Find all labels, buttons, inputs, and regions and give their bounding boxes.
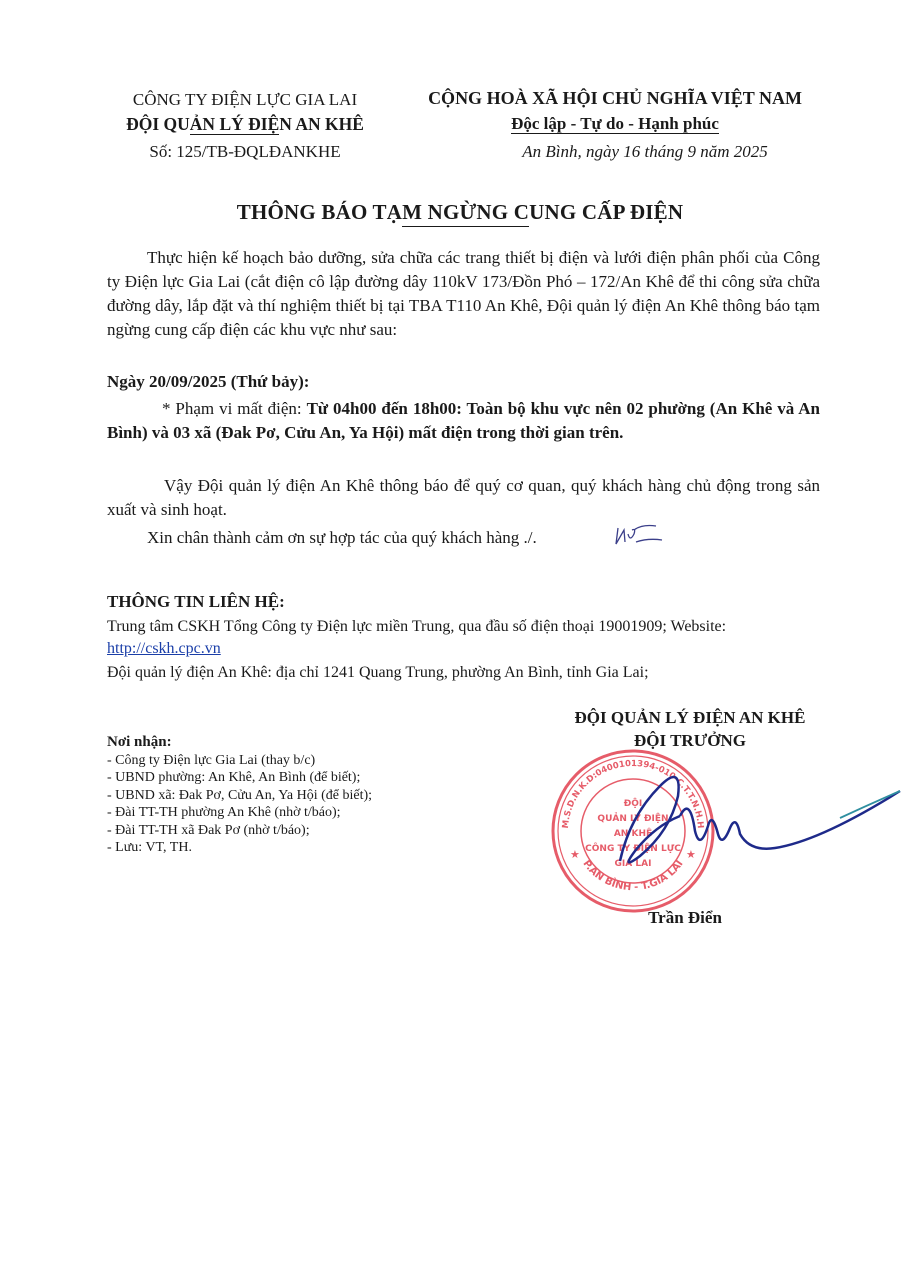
recipient-item: - UBND xã: Đak Pơ, Cửu An, Ya Hội (để bi… xyxy=(107,787,372,805)
advice-paragraph: Vậy Đội quản lý điện An Khê thông báo để… xyxy=(107,474,820,522)
outage-scope: * Phạm vi mất điện: Từ 04h00 đến 18h00: … xyxy=(107,397,820,445)
contact-line-1: Trung tâm CSKH Tổng Công ty Điện lực miề… xyxy=(107,616,820,660)
contact-line-2: Đội quản lý điện An Khê: địa chỉ 1241 Qu… xyxy=(107,662,820,684)
issuing-unit-part: ẢN LÝ ĐIỆ xyxy=(190,114,279,135)
website-link[interactable]: http://cskh.cpc.vn xyxy=(107,640,221,657)
outage-date: Ngày 20/09/2025 (Thứ bảy): xyxy=(107,372,309,392)
title-part: UNG CẤP ĐIỆN xyxy=(529,200,683,224)
recipient-item: - Lưu: VT, TH. xyxy=(107,839,372,857)
signing-org: ĐỘI QUẢN LÝ ĐIỆN AN KHÊ xyxy=(520,706,860,729)
national-motto: Độc lập - Tự do - Hạnh phúc xyxy=(395,111,835,136)
title-part: THÔNG BÁO TẠ xyxy=(237,200,402,224)
recipient-item: - Đài TT-TH phường An Khê (nhờ t/báo); xyxy=(107,804,372,822)
outage-scope-label: * Phạm vi mất điện: xyxy=(162,399,307,418)
recipients-heading: Nơi nhận: xyxy=(107,734,372,752)
recipient-item: - UBND phường: An Khê, An Bình (để biết)… xyxy=(107,769,372,787)
contact-heading: THÔNG TIN LIÊN HỆ: xyxy=(107,592,285,612)
parent-org: CÔNG TY ĐIỆN LỰC GIA LAI xyxy=(95,88,395,112)
title-part: M NGỪNG C xyxy=(402,200,529,227)
motto-text: Độc lập - Tự do - Hạnh phúc xyxy=(511,114,719,134)
national-header: CỘNG HOÀ XÃ HỘI CHỦ NGHĨA VIỆT NAM Độc l… xyxy=(395,86,835,136)
recipient-item: - Đài TT-TH xã Đak Pơ (nhờ t/báo); xyxy=(107,822,372,840)
issuing-unit: ĐỘI QUẢN LÝ ĐIỆN AN KHÊ xyxy=(95,112,395,136)
intro-paragraph: Thực hiện kế hoạch bảo dưỡng, sửa chữa c… xyxy=(107,246,820,342)
issuing-unit-part: ĐỘI QU xyxy=(126,114,190,134)
svg-text:★: ★ xyxy=(570,848,580,861)
issuer-block: CÔNG TY ĐIỆN LỰC GIA LAI ĐỘI QUẢN LÝ ĐIỆ… xyxy=(95,88,395,136)
document-title: THÔNG BÁO TẠM NGỪNG CUNG CẤP ĐIỆN xyxy=(100,200,820,225)
thanks-line: Xin chân thành cảm ơn sự hợp tác của quý… xyxy=(147,528,537,548)
hotline-text: Trung tâm CSKH Tổng Công ty Điện lực miề… xyxy=(107,618,726,635)
signer-name: Trần Điển xyxy=(600,908,770,928)
recipient-item: - Công ty Điện lực Gia Lai (thay b/c) xyxy=(107,752,372,770)
nation-name: CỘNG HOÀ XÃ HỘI CHỦ NGHĨA VIỆT NAM xyxy=(395,86,835,111)
recipients-list: Nơi nhận: - Công ty Điện lực Gia Lai (th… xyxy=(107,734,372,857)
handwritten-signature-icon xyxy=(600,756,905,886)
contact-info: Trung tâm CSKH Tổng Công ty Điện lực miề… xyxy=(107,616,820,684)
document-number: Số: 125/TB-ĐQLĐANKHE xyxy=(95,142,395,162)
initial-signature-icon xyxy=(612,520,667,550)
place-date: An Bình, ngày 16 tháng 9 năm 2025 xyxy=(470,142,820,162)
issuing-unit-part: N AN KHÊ xyxy=(279,114,364,134)
